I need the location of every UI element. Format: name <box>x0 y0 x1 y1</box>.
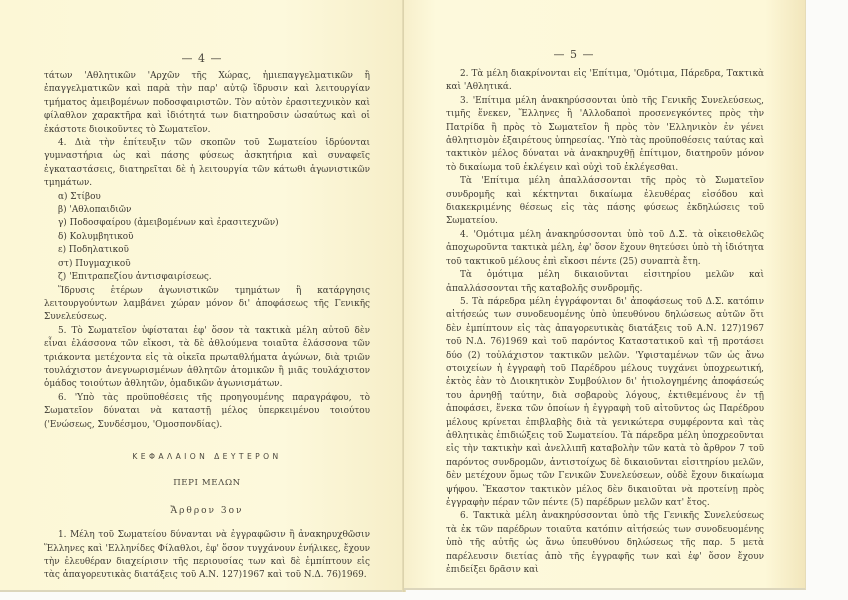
right-page: — 5 — 2. Τὰ μέλη διακρίνονται εἰς 'Επίτι… <box>404 0 806 590</box>
page-number-left: — 4 — <box>0 52 404 65</box>
list-item-boxing: στ) Πυγμαχικοῦ <box>44 258 370 271</box>
paragraph-6: 6. 'Υπὸ τὰς προϋποθέσεις τῆς προηγουμένη… <box>44 392 370 432</box>
paragraph-6-right: 6. Τακτικὰ μέλη ἀνακηρύσσονται ὑπὸ τῆς Γ… <box>446 510 764 577</box>
right-page-body: 2. Τὰ μέλη διακρίνονται εἰς 'Επίτιμα, 'Ο… <box>446 68 764 577</box>
page-number-right: — 5 — <box>404 48 744 61</box>
paragraph-5-right: 5. Τὰ πάρεδρα μέλη ἐγγράφονται δι' ἀποφά… <box>446 296 764 511</box>
list-item-athletics: α) Στίβου <box>44 191 370 204</box>
paragraph-4-right: 4. 'Ομότιμα μέλη ἀνακηρύσσονται ὑπὸ τοῦ … <box>446 229 764 269</box>
section-title: ΠΕΡΙ ΜΕΛΩΝ <box>44 477 370 490</box>
chapter-title: ΚΕΦΑΛΑΙΟΝ ΔΕΥΤΕΡΟΝ <box>44 450 370 463</box>
article-title: Ἄρθρον 3ον <box>44 505 370 518</box>
list-item-ball-games: β) 'Αθλοπαιδιῶν <box>44 204 370 217</box>
left-page: — 4 — τάτων 'Αθλητικῶν 'Αρχῶν τῆς Χώρας,… <box>0 0 404 592</box>
paragraph-honorary-members: Τὰ 'Επίτιμα μέλη ἀπαλλάσσονται τῆς πρὸς … <box>446 175 764 229</box>
paragraph-3: 3. 'Επίτιμα μέλη ἀνακηρύσσονται ὑπὸ τῆς … <box>446 95 764 175</box>
list-item-football: γ) Ποδοσφαίρου (ἀμειβομένων καὶ ἐρασιτεχ… <box>44 217 370 230</box>
list-item-table-tennis: ζ) 'Επιτραπεζίου ἀντισφαιρίσεως. <box>44 271 370 284</box>
paragraph-continuation: τάτων 'Αθλητικῶν 'Αρχῶν τῆς Χώρας, ἡμιεπ… <box>44 70 370 137</box>
article-3-paragraph-1: 1. Μέλη τοῦ Σωματείου δύνανται νὰ ἐγγραφ… <box>44 529 370 583</box>
list-item-cycling: ε) Ποδηλατικοῦ <box>44 244 370 257</box>
list-item-swimming: δ) Κολυμβητικοῦ <box>44 231 370 244</box>
paragraph-emeritus-members: Τὰ ὁμότιμα μέλη δικαιοῦνται εἰσιτηρίου μ… <box>446 269 764 296</box>
paragraph-founding: Ἵδρυσις ἑτέρων ἀγωνιστικῶν τμημάτων ἢ κα… <box>44 285 370 325</box>
paragraph-5: 5. Τὸ Σωματεῖον ὑφίσταται ἐφ' ὅσον τὰ τα… <box>44 325 370 392</box>
left-page-body: τάτων 'Αθλητικῶν 'Αρχῶν τῆς Χώρας, ἡμιεπ… <box>44 70 370 583</box>
paragraph-4: 4. Διὰ τὴν ἐπίτευξιν τῶν σκοπῶν τοῦ Σωμα… <box>44 137 370 191</box>
paragraph-2: 2. Τὰ μέλη διακρίνονται εἰς 'Επίτιμα, 'Ο… <box>446 68 764 95</box>
